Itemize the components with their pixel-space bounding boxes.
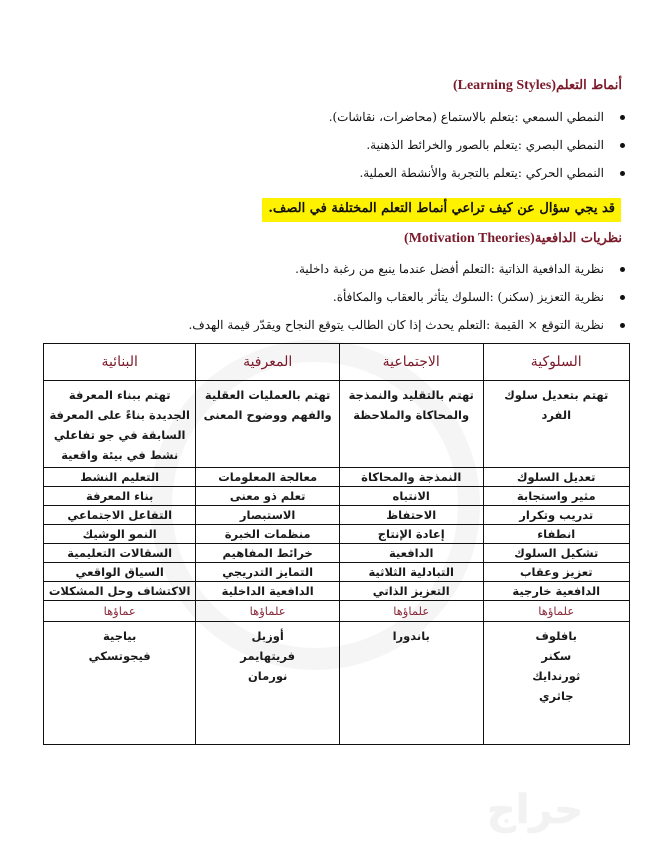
table-cell: التمايز التدريجي xyxy=(196,563,340,582)
table-cell: علماؤها xyxy=(339,601,483,622)
table-cell: النمذجة والمحاكاة xyxy=(339,468,483,487)
table-cell: عماؤها xyxy=(44,601,196,622)
table-row: تعديل السلوك النمذجة والمحاكاة معالجة ال… xyxy=(44,468,630,487)
table-row: تعزيز وعقاب التبادلية الثلاثية التمايز ا… xyxy=(44,563,630,582)
table-row-scholars-label: علماؤها علماؤها علماؤها عماؤها xyxy=(44,601,630,622)
table-cell: التفاعل الاجتماعي xyxy=(44,506,196,525)
scholar-name: جاثري xyxy=(488,686,626,706)
column-header-constructivism: البنائية xyxy=(44,344,196,381)
list-item: نظرية التوقع × القيمة :التعلم يحدث إذا ك… xyxy=(188,318,630,346)
motivation-theories-list: نظرية الدافعية الذاتية :التعلم أفضل عندم… xyxy=(188,262,630,346)
table-row: انطفاء إعادة الإنتاج منظمات الخبرة النمو… xyxy=(44,525,630,544)
bullet-icon xyxy=(620,143,625,148)
table-cell: النمو الوشيك xyxy=(44,525,196,544)
list-item: نظرية التعزيز (سكنر) :السلوك يتأثر بالعق… xyxy=(188,290,630,318)
scholar-name: بافلوف xyxy=(488,626,626,646)
document-page: أنماط التعلم(Learning Styles) النمطي الس… xyxy=(0,0,652,843)
table-cell: بناء المعرفة xyxy=(44,487,196,506)
table-cell: انطفاء xyxy=(483,525,630,544)
column-header-behaviorism: السلوكية xyxy=(483,344,630,381)
list-item: نظرية الدافعية الذاتية :التعلم أفضل عندم… xyxy=(188,262,630,290)
list-item: النمطي السمعي :يتعلم بالاستماع (محاضرات،… xyxy=(329,110,630,138)
table-cell: بياجية فيجوتسكي xyxy=(44,622,196,745)
table-cell: التبادلية الثلاثية xyxy=(339,563,483,582)
motivation-theories-heading-en: (Motivation Theories) xyxy=(404,231,535,246)
scholar-name: فيجوتسكي xyxy=(48,646,191,666)
scholar-name: فريتهايمر xyxy=(200,646,335,666)
table-cell: الاحتفاظ xyxy=(339,506,483,525)
bullet-icon xyxy=(620,171,625,176)
table-cell: بافلوف سكنر ثورندايك جاثري xyxy=(483,622,630,745)
scholar-name: ثورندايك xyxy=(488,666,626,686)
learning-styles-heading-en: (Learning Styles) xyxy=(453,78,556,93)
list-item: النمطي البصري :يتعلم بالصور والخرائط الذ… xyxy=(329,138,630,166)
table-row-scholars: بافلوف سكنر ثورندايك جاثري باندورا أوزبل… xyxy=(44,622,630,745)
bullet-icon xyxy=(620,295,625,300)
table-row: تشكيل السلوك الدافعية خرائط المفاهيم الس… xyxy=(44,544,630,563)
scholar-name: سكنر xyxy=(488,646,626,666)
table-cell: الدافعية الداخلية xyxy=(196,582,340,601)
list-item: النمطي الحركي :يتعلم بالتجربة والأنشطة ا… xyxy=(329,166,630,194)
table-cell: الاستبصار xyxy=(196,506,340,525)
table-cell: مثير واستجابة xyxy=(483,487,630,506)
motivation-theories-heading-ar: نظريات الدافعية xyxy=(535,231,622,246)
table-cell: تهتم بالعمليات العقلية والفهم ووضوح المع… xyxy=(196,381,340,468)
table-row: تدريب وتكرار الاحتفاظ الاستبصار التفاعل … xyxy=(44,506,630,525)
table-cell: تدريب وتكرار xyxy=(483,506,630,525)
table-cell: التعليم النشط xyxy=(44,468,196,487)
table-cell: تعزيز وعقاب xyxy=(483,563,630,582)
table-cell: تهتم ببناء المعرفة الجديدة بناءً على الم… xyxy=(44,381,196,468)
motivation-theories-heading: نظريات الدافعية(Motivation Theories) xyxy=(404,231,622,247)
table-row: مثير واستجابة الانتباه تعلم ذو معنى بناء… xyxy=(44,487,630,506)
table-cell: علماؤها xyxy=(483,601,630,622)
bullet-icon xyxy=(620,115,625,120)
table-cell: الدافعية xyxy=(339,544,483,563)
bullet-icon xyxy=(620,267,625,272)
scholar-name: باندورا xyxy=(344,626,479,646)
table-cell: الدافعية خارجية xyxy=(483,582,630,601)
table-cell: الانتباه xyxy=(339,487,483,506)
table-row-description: تهتم بتعديل سلوك الفرد تهتم بالتقليد وال… xyxy=(44,381,630,468)
highlighted-exam-note: قد يجي سؤال عن كيف تراعي أنماط التعلم ال… xyxy=(262,198,621,222)
learning-theories-table: السلوكية الاجتماعية المعرفية البنائية ته… xyxy=(43,343,630,745)
table-cell: التعزيز الذاتي xyxy=(339,582,483,601)
learning-styles-heading: أنماط التعلم(Learning Styles) xyxy=(453,78,622,94)
learning-styles-list: النمطي السمعي :يتعلم بالاستماع (محاضرات،… xyxy=(329,110,630,194)
table-cell: السياق الواقعي xyxy=(44,563,196,582)
bullet-icon xyxy=(620,323,625,328)
table-cell: الاكتشاف وحل المشكلات xyxy=(44,582,196,601)
table-cell: باندورا xyxy=(339,622,483,745)
table-row: الدافعية خارجية التعزيز الذاتي الدافعية … xyxy=(44,582,630,601)
column-header-cognitive: المعرفية xyxy=(196,344,340,381)
scholar-name: بياجية xyxy=(48,626,191,646)
table-cell: تعديل السلوك xyxy=(483,468,630,487)
watermark-logo: حراج xyxy=(430,790,640,830)
table-header-row: السلوكية الاجتماعية المعرفية البنائية xyxy=(44,344,630,381)
table-cell: خرائط المفاهيم xyxy=(196,544,340,563)
table-cell: تهتم بتعديل سلوك الفرد xyxy=(483,381,630,468)
table-cell: تشكيل السلوك xyxy=(483,544,630,563)
table-cell: تعلم ذو معنى xyxy=(196,487,340,506)
table-cell: منظمات الخبرة xyxy=(196,525,340,544)
scholar-name: نورمان xyxy=(200,666,335,686)
table-cell: إعادة الإنتاج xyxy=(339,525,483,544)
scholar-name: أوزبل xyxy=(200,626,335,646)
table-cell: أوزبل فريتهايمر نورمان xyxy=(196,622,340,745)
column-header-social: الاجتماعية xyxy=(339,344,483,381)
table-cell: معالجة المعلومات xyxy=(196,468,340,487)
table-cell: السقالات التعليمية xyxy=(44,544,196,563)
table-cell: تهتم بالتقليد والنمذجة والمحاكاة والملاح… xyxy=(339,381,483,468)
learning-styles-heading-ar: أنماط التعلم xyxy=(556,78,622,93)
table-cell: علماؤها xyxy=(196,601,340,622)
